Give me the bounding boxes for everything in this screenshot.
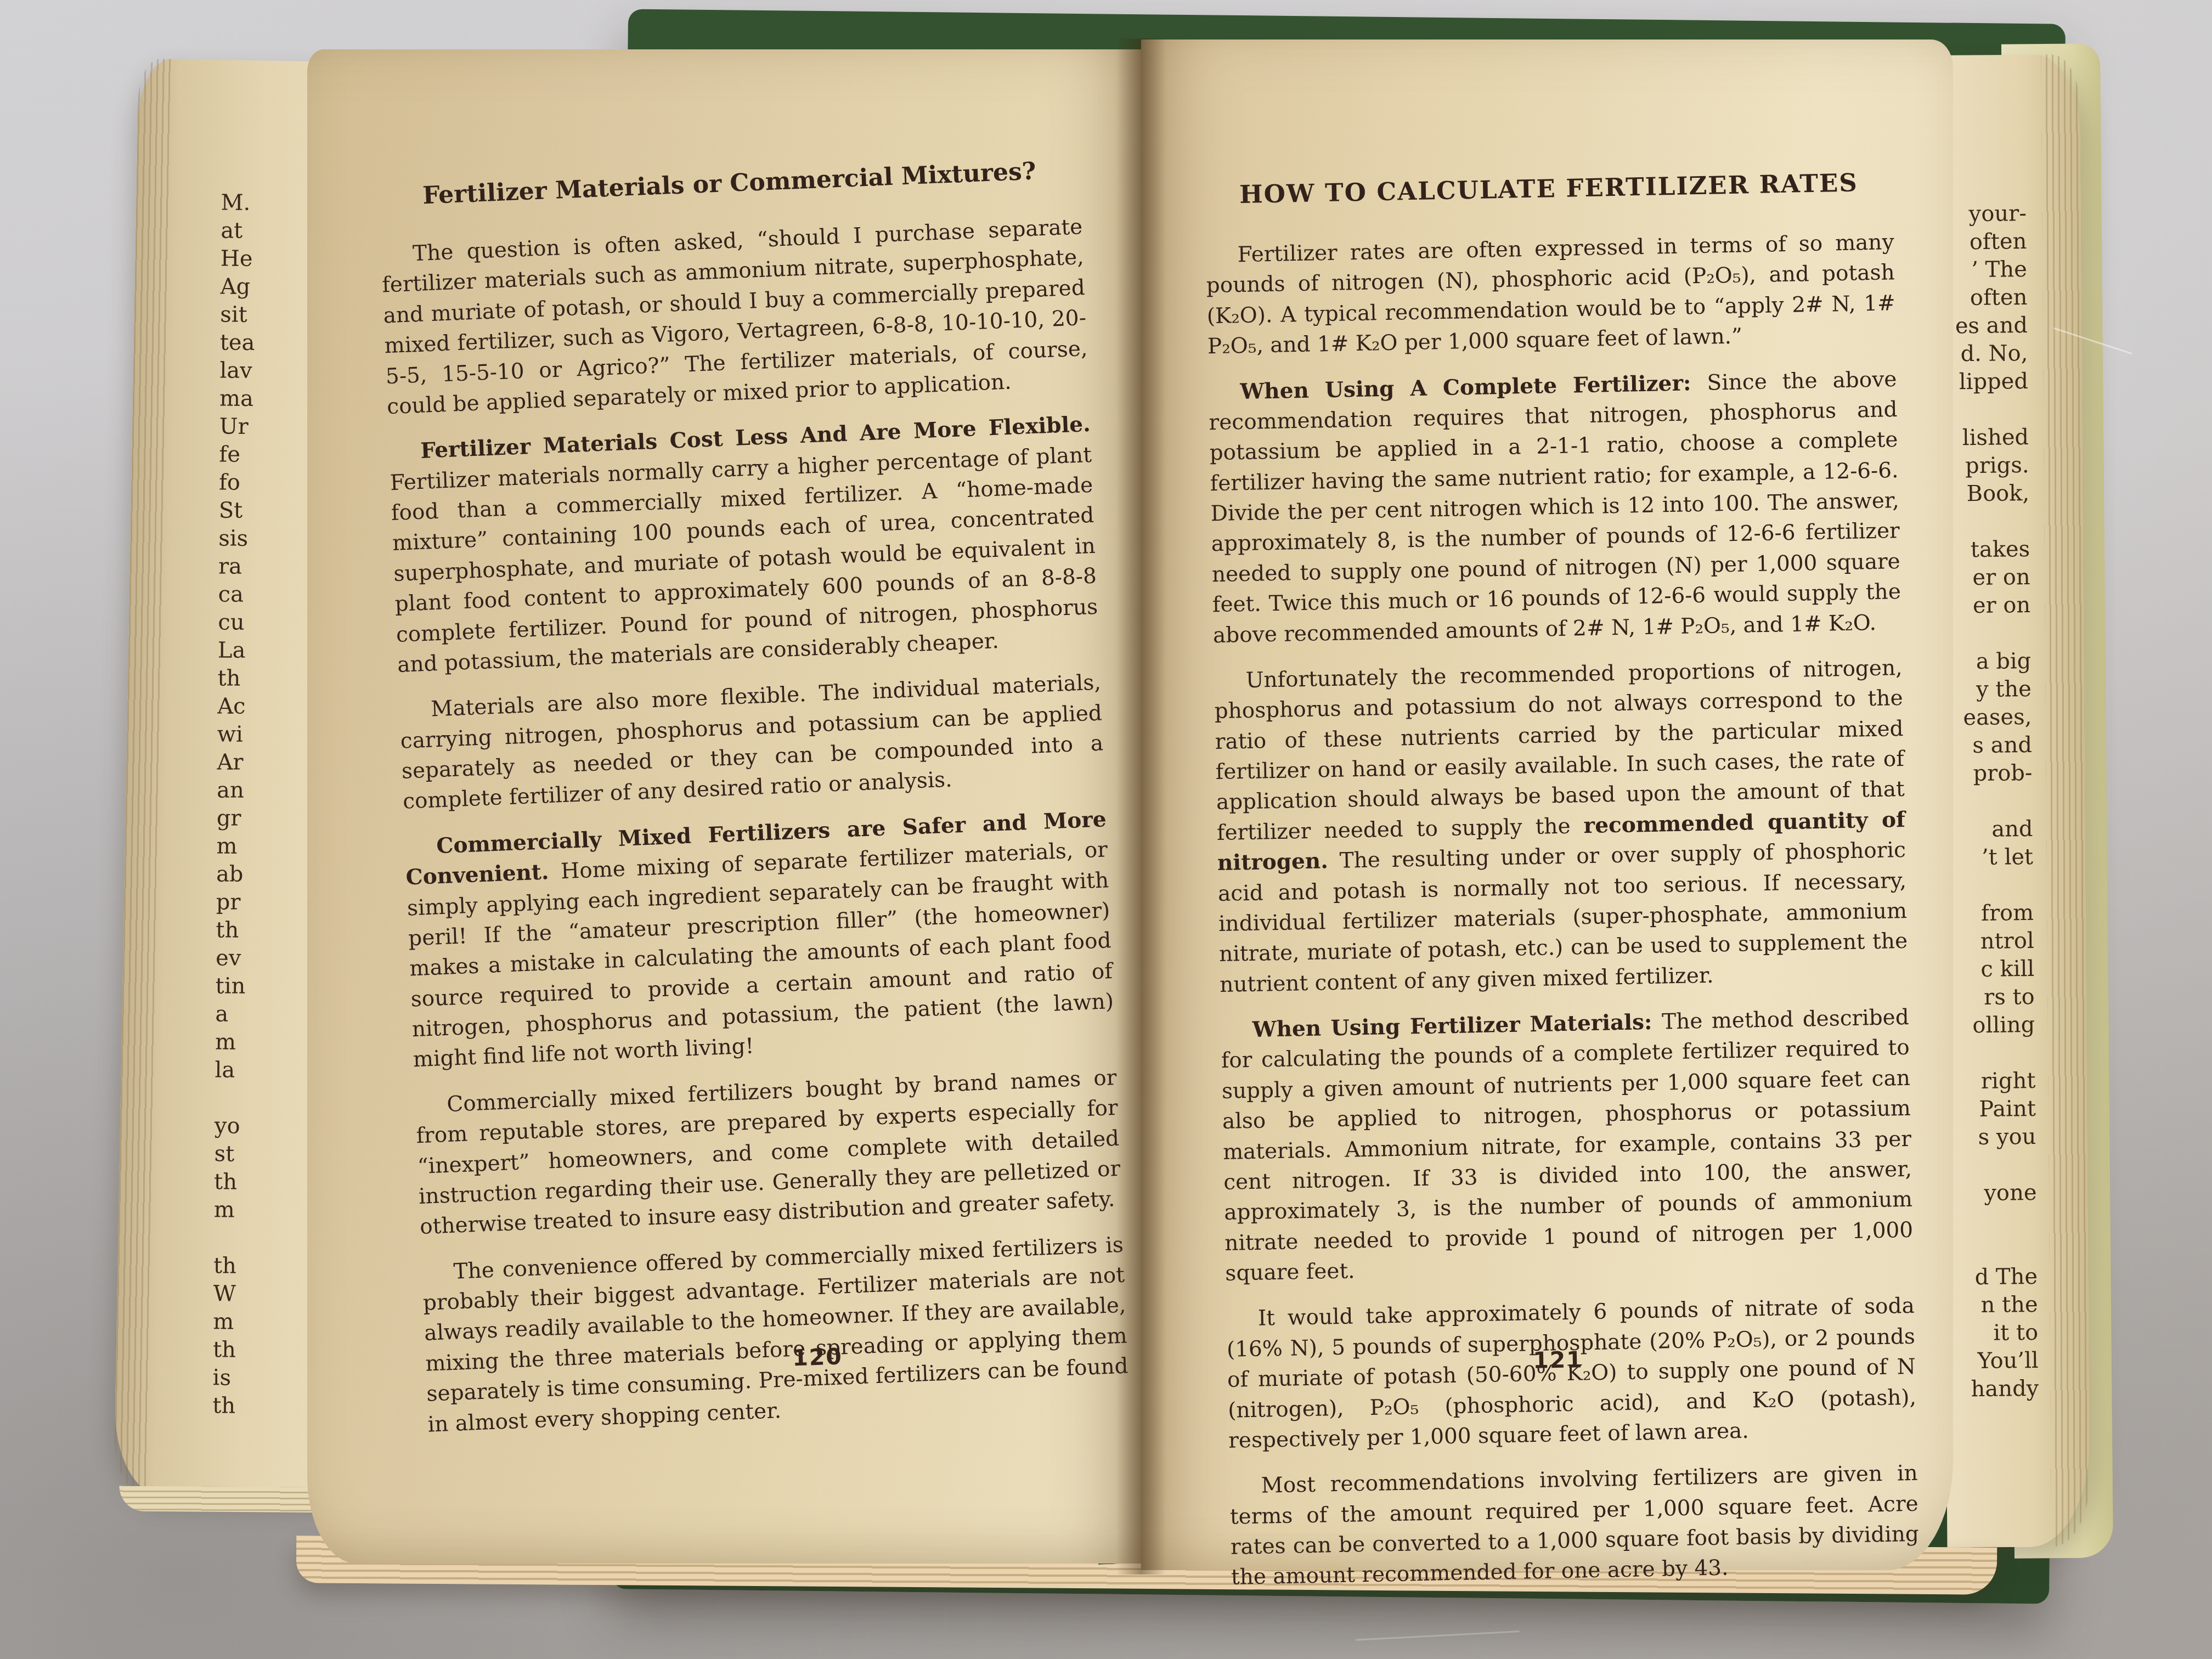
paragraph-text: It would take approximately 6 pounds of … (1227, 1294, 1917, 1453)
edge-text-fragment: gr (217, 804, 313, 833)
edge-text-fragment: Ar (217, 748, 313, 777)
edge-text-fragment: m (214, 1196, 310, 1224)
paragraph: Commercially mixed fertilizers bought by… (414, 1063, 1122, 1243)
edge-text-fragment: tea (220, 329, 316, 357)
edge-text-fragment: is (213, 1364, 309, 1392)
edge-text-fragment: St (219, 496, 315, 525)
right-page-content: HOW TO CALCULATE FERTILIZER RATES Fertil… (1204, 167, 1920, 1608)
paragraph: The convenience offered by commercially … (421, 1229, 1130, 1440)
edge-text-fragment: La (218, 636, 314, 665)
left-page: Fertilizer Materials or Commercial Mixtu… (307, 49, 1141, 1564)
paragraph: The question is often asked, “should I p… (380, 212, 1089, 422)
paragraph-text: Since the above recommendation requires … (1209, 367, 1901, 648)
edge-text-fragment: He (221, 245, 317, 273)
paragraph-text: Materials are also more flexible. The in… (400, 670, 1104, 814)
book-spine-gutter (1116, 38, 1166, 1575)
paragraph-text: Fertilizer rates are often expressed in … (1206, 230, 1895, 359)
paragraph: When Using Fertilizer Materials: The met… (1220, 1002, 1914, 1289)
paragraph: It would take approximately 6 pounds of … (1226, 1291, 1917, 1456)
edge-text-fragment: cu (218, 608, 314, 637)
right-page-title: HOW TO CALCULATE FERTILIZER RATES (1204, 167, 1893, 210)
right-page: HOW TO CALCULATE FERTILIZER RATES Fertil… (1141, 39, 1953, 1570)
edge-text-fragment: W (213, 1280, 309, 1308)
paragraph: Unfortunately the recommended proportion… (1214, 653, 1908, 1000)
page-number-right: 121 (1503, 1346, 1613, 1374)
paragraph-lead-bold: When Using Fertilizer Materials: (1252, 1009, 1662, 1042)
paragraph: Commercially Mixed Fertilizers are Safer… (404, 804, 1115, 1075)
edge-text-fragment: Ur (219, 413, 315, 441)
paragraph: Fertilizer rates are often expressed in … (1205, 227, 1896, 362)
underlying-page-text-left: M.atHeAgsittealavmaUrfefoStsisracacuLath… (212, 189, 317, 1420)
edge-text-fragment: th (212, 1392, 308, 1420)
edge-text-fragment: m (213, 1308, 309, 1336)
edge-text-fragment: an (217, 776, 313, 805)
edge-text-fragment: tin (216, 972, 312, 1001)
paragraph: When Using A Complete Fertilizer: Since … (1208, 364, 1901, 651)
edge-text-fragment: yo (215, 1112, 311, 1141)
edge-text-fragment: th (213, 1336, 309, 1364)
paragraph: Fertilizer Materials Cost Less And Are M… (388, 409, 1100, 680)
edge-text-fragment: sis (218, 524, 314, 553)
edge-text-fragment: m (215, 1028, 311, 1057)
edge-text-fragment: ev (216, 944, 312, 973)
edge-text-fragment: pr (216, 888, 312, 917)
edge-text-fragment: M. (221, 189, 317, 217)
edge-text-fragment: th (217, 664, 313, 693)
paragraph-text: Fertilizer materials normally carry a hi… (390, 442, 1098, 677)
edge-text-fragment: th (213, 1252, 309, 1280)
edge-text-fragment: a (215, 1000, 311, 1029)
edge-text-fragment: m (216, 832, 312, 861)
paragraph: Materials are also more flexible. The in… (398, 668, 1105, 817)
edge-text-fragment: la (215, 1056, 311, 1085)
edge-text-fragment: th (216, 916, 312, 945)
edge-text-fragment: lav (219, 357, 315, 385)
edge-text-fragment: fe (219, 441, 315, 469)
edge-text-fragment: sit (220, 301, 316, 329)
edge-text-fragment (215, 1084, 311, 1113)
edge-text-fragment: fo (219, 469, 315, 497)
paragraph-text: Most recommendations involving fertilize… (1229, 1461, 1919, 1590)
edge-text-fragment: ra (218, 552, 314, 581)
paragraph-lead-bold: When Using A Complete Fertilizer: (1240, 370, 1707, 404)
edge-text-fragment: ma (219, 385, 315, 413)
desk-scratch-mark (1355, 1630, 1520, 1641)
edge-text-fragment: th (214, 1168, 310, 1197)
edge-text-fragment: ab (216, 860, 312, 889)
open-book: M.atHeAgsittealavmaUrfefoStsisracacuLath… (99, 5, 2118, 1629)
edge-text-fragment: wi (217, 720, 313, 749)
edge-text-fragment (213, 1224, 309, 1252)
left-page-content: Fertilizer Materials or Commercial Mixtu… (378, 155, 1131, 1455)
page-number-left: 120 (762, 1342, 873, 1373)
paragraph: Most recommendations involving fertilize… (1229, 1458, 1920, 1593)
left-page-title: Fertilizer Materials or Commercial Mixtu… (378, 155, 1081, 211)
edge-text-fragment: Ag (220, 273, 316, 301)
edge-text-fragment: ca (218, 580, 314, 609)
paragraph-text: The convenience offered by commercially … (422, 1232, 1128, 1437)
paragraph-text: The question is often asked, “should I p… (382, 215, 1088, 419)
edge-text-fragment: st (214, 1140, 310, 1169)
paragraph-text: The method described for calculating the… (1221, 1005, 1914, 1286)
paragraph-text: Commercially mixed fertilizers bought by… (416, 1065, 1121, 1240)
edge-text-fragment: Ac (217, 692, 313, 721)
edge-text-fragment: at (221, 217, 317, 245)
